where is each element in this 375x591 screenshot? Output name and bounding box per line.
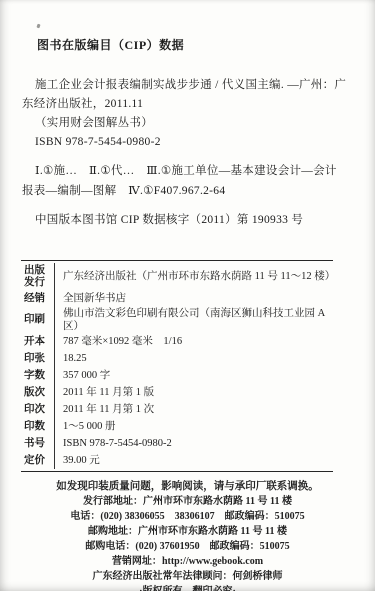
table-row: 版次 2011 年 11 月第 1 版 — [21, 384, 333, 401]
row-value: 2011 年 11 月第 1 次 — [54, 401, 333, 418]
row-value: 357 000 字 — [54, 367, 333, 384]
table-row: 定价 39.00 元 — [21, 452, 333, 469]
row-label: 开本 — [21, 336, 54, 348]
row-label: 书号 — [21, 438, 54, 450]
book-copyright-page: 图书在版编目（CIP）数据 施工企业会计报表编制实战步步通 / 代义国主编. —… — [0, 0, 375, 591]
table-row: 印张 18.25 — [21, 350, 333, 367]
row-label: 定价 — [21, 455, 54, 467]
website-url: http://www.gebook.com — [162, 556, 263, 567]
row-value: 佛山市浩文彩色印刷有限公司（南海区狮山科技工业园 A 区） — [54, 307, 333, 333]
table-row: 印刷 佛山市浩文彩色印刷有限公司（南海区狮山科技工业园 A 区） — [21, 307, 333, 333]
row-label: 印数 — [21, 421, 54, 433]
footer-notes: 如发现印装质量问题，影响阅读，请与承印厂联系调换。 发行部地址：广州市环市东路水… — [0, 479, 375, 591]
mail-order-phone: 邮购电话：(020) 37601950 邮政编码：510075 — [0, 539, 375, 554]
series-line: （实用财会图解丛书） — [22, 114, 347, 133]
row-label: 经销 — [21, 293, 54, 305]
row-value: 787 毫米×1092 毫米 1/16 — [54, 333, 333, 350]
row-value: 39.00 元 — [54, 452, 333, 469]
table-row: 印数 1～5 000 册 — [21, 418, 333, 435]
scan-artifact — [36, 24, 40, 29]
row-label-line2: 发行 — [24, 277, 54, 289]
row-label: 印次 — [21, 404, 54, 416]
table-row: 出版 发行 广东经济出版社（广州市环市东路水荫路 11 号 11～12 楼） — [21, 263, 333, 290]
cip-classification-line: Ⅰ.①施… Ⅱ.①代… Ⅲ.①施工单位—基本建设会计—会计报表—编制—图解 Ⅳ.… — [22, 161, 347, 201]
table-row: 开本 787 毫米×1092 毫米 1/16 — [21, 333, 333, 350]
row-label: 出版 发行 — [21, 265, 54, 289]
row-value: ISBN 978-7-5454-0980-2 — [54, 435, 333, 452]
row-label: 版次 — [21, 387, 54, 399]
table-row: 书号 ISBN 978-7-5454-0980-2 — [21, 435, 333, 452]
row-label: 印刷 — [21, 314, 54, 326]
row-value: 1～5 000 册 — [54, 418, 333, 435]
copyright-line: ·版权所有 翻印必究· — [0, 584, 375, 591]
row-label: 字数 — [21, 370, 54, 382]
row-value: 全国新华书店 — [54, 290, 333, 307]
marketing-website-line: 营销网址：http://www.gebook.com — [0, 554, 375, 569]
website-label: 营销网址： — [112, 556, 162, 567]
row-value: 2011 年 11 月第 1 版 — [54, 384, 333, 401]
legal-counsel-line: 广东经济出版社常年法律顾问：何剑桥律师 — [0, 569, 375, 584]
table-row: 印次 2011 年 11 月第 1 次 — [21, 401, 333, 418]
isbn-line: ISBN 978-7-5454-0980-2 — [22, 133, 347, 152]
row-value: 广东经济出版社（广州市环市东路水荫路 11 号 11～12 楼） — [54, 263, 333, 290]
quality-notice: 如发现印装质量问题，影响阅读，请与承印厂联系调换。 — [0, 479, 375, 494]
row-value: 18.25 — [54, 350, 333, 367]
cip-data-heading: 图书在版编目（CIP）数据 — [37, 36, 347, 53]
row-label: 印张 — [21, 353, 54, 365]
mail-order-address: 邮购地址：广州市环市东路水荫路 11 号 11 楼 — [0, 524, 375, 539]
distribution-address: 发行部地址：广州市环市东路水荫路 11 号 11 楼 — [0, 494, 375, 509]
book-title-line: 施工企业会计报表编制实战步步通 / 代义国主编. —广州：广东经济出版社，201… — [22, 76, 347, 114]
table-row: 字数 357 000 字 — [21, 367, 333, 384]
colophon-table: 出版 发行 广东经济出版社（广州市环市东路水荫路 11 号 11～12 楼） 经… — [21, 260, 333, 472]
row-label-line1: 出版 — [24, 265, 54, 277]
phone-line: 电话：(020) 38306055 38306107 邮政编码：510075 — [0, 509, 375, 524]
cip-record-number-line: 中国版本图书馆 CIP 数据核字（2011）第 190933 号 — [22, 211, 347, 230]
table-row: 经销 全国新华书店 — [21, 290, 333, 307]
